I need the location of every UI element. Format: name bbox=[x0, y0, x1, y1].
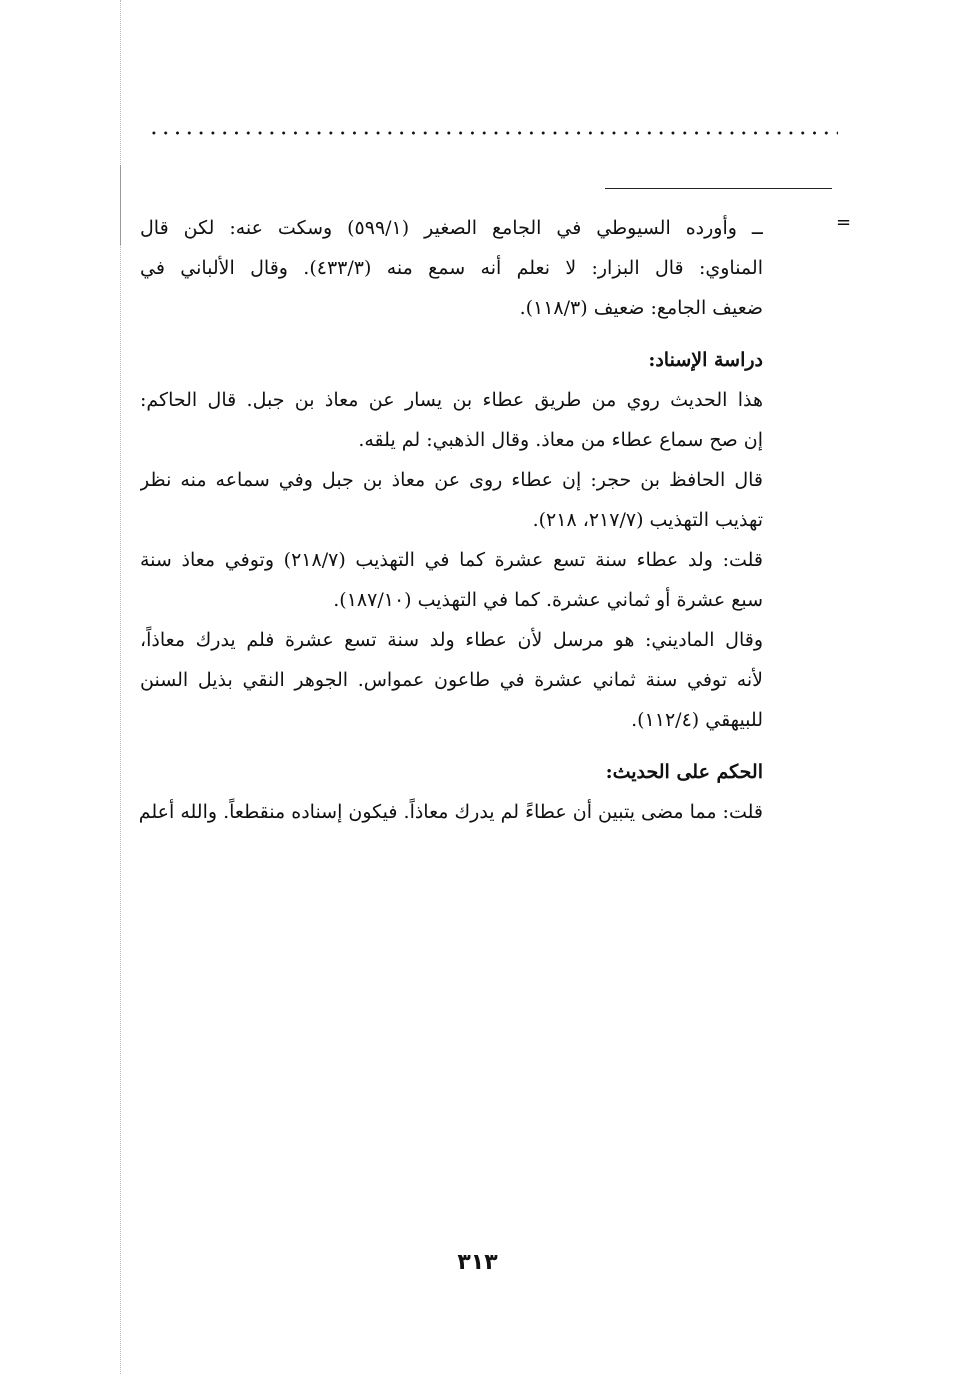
paragraph-line: وقال الماديني: هو مرسل لأن عطاء ولد سنة … bbox=[140, 620, 763, 660]
paragraph-line: تهذيب التهذيب (٢١٧/٧، ٢١٨). bbox=[140, 500, 763, 540]
footnote-line: المناوي: قال البزار: لا نعلم أنه سمع منه… bbox=[140, 248, 763, 288]
paragraph-line: إن صح سماع عطاء من معاذ. وقال الذهبي: لم… bbox=[140, 420, 763, 460]
dotted-separator bbox=[148, 128, 838, 138]
section-heading: الحكم على الحديث: bbox=[140, 752, 763, 792]
section-heading: دراسة الإسناد: bbox=[140, 340, 763, 380]
paragraph-line: قال الحافظ بن حجر: إن عطاء روى عن معاذ ب… bbox=[140, 460, 763, 500]
footnote-block: ــ وأورده السيوطي في الجامع الصغير (٥٩٩/… bbox=[140, 208, 763, 328]
scan-margin-line bbox=[120, 165, 121, 245]
paragraph-line: قلت: مما مضى يتبين أن عطاءً لم يدرك معاذ… bbox=[140, 792, 763, 832]
continuation-mark: = bbox=[836, 212, 851, 234]
footnote-rule bbox=[605, 188, 832, 189]
paragraph-line: للبيهقي (١١٢/٤). bbox=[140, 700, 763, 740]
paragraph-line: لأنه توفي سنة ثماني عشرة في طاعون عمواس.… bbox=[140, 660, 763, 700]
footnote-line: ضعيف الجامع: ضعيف (١١٨/٣). bbox=[140, 288, 763, 328]
paragraph-line: قلت: ولد عطاء سنة تسع عشرة كما في التهذي… bbox=[140, 540, 763, 580]
footnote-line: ــ وأورده السيوطي في الجامع الصغير (٥٩٩/… bbox=[140, 208, 763, 248]
page-number: ٣١٣ bbox=[0, 1250, 955, 1275]
ruling-section: الحكم على الحديث: قلت: مما مضى يتبين أن … bbox=[140, 752, 763, 832]
paragraph-line: سبع عشرة أو ثماني عشرة. كما في التهذيب (… bbox=[140, 580, 763, 620]
paragraph-line: هذا الحديث روي من طريق عطاء بن يسار عن م… bbox=[140, 380, 763, 420]
isnad-study-section: دراسة الإسناد: هذا الحديث روي من طريق عط… bbox=[140, 340, 763, 740]
